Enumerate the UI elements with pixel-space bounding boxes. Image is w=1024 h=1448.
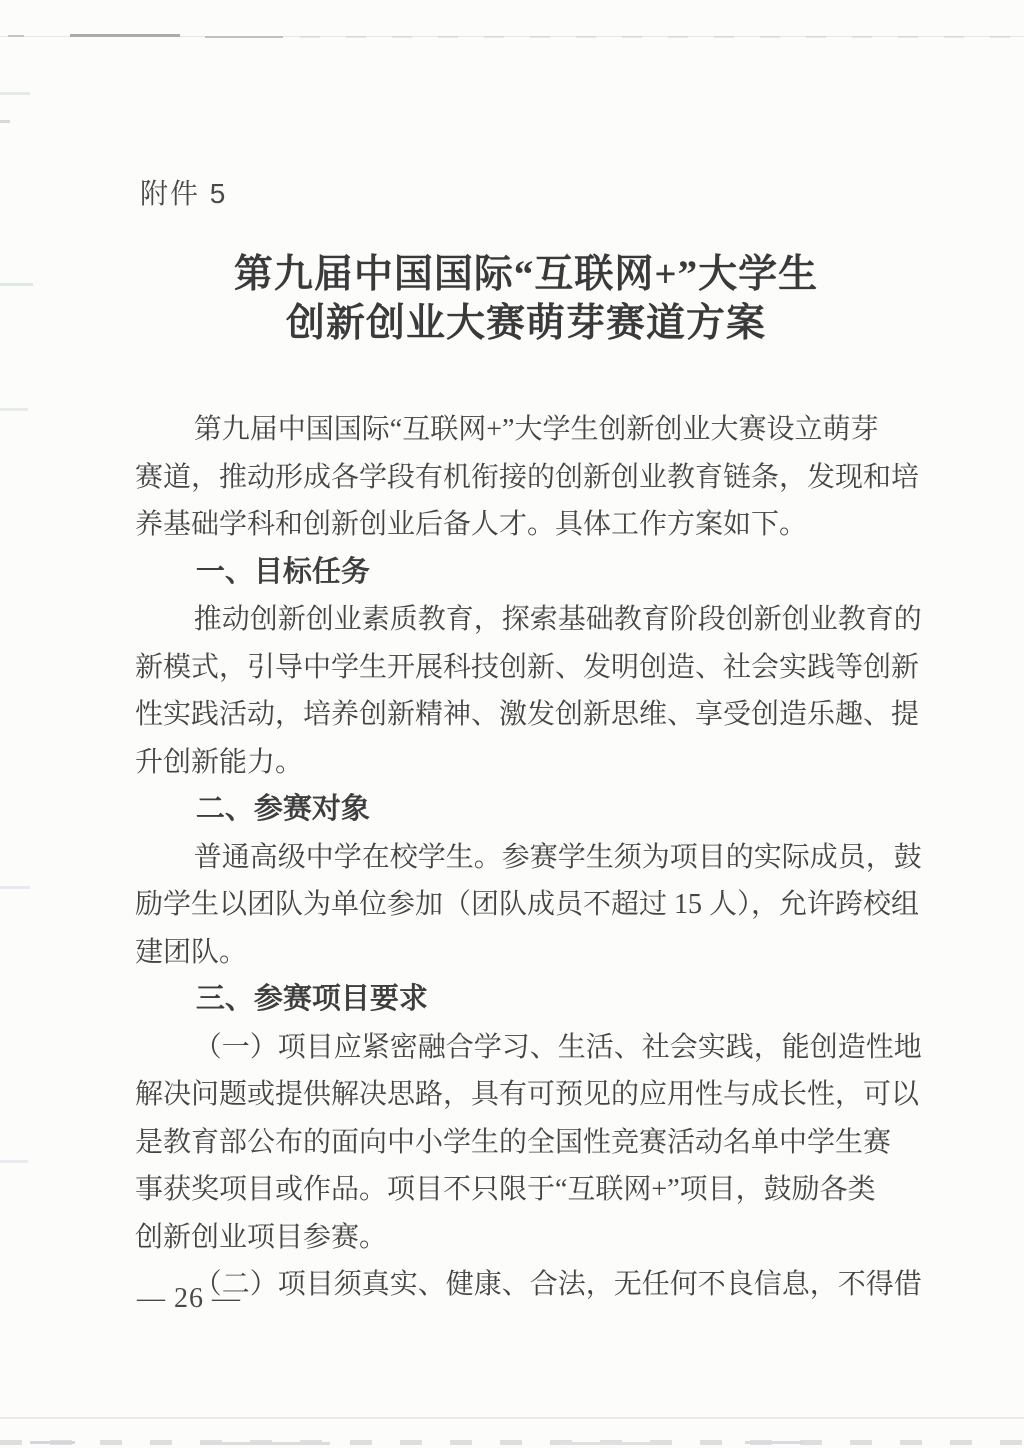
section-heading-1: 一、目标任务: [135, 549, 927, 597]
scan-artifact-left-tick: [0, 283, 33, 286]
body-line: 新模式，引导中学生开展科技创新、发明创造、社会实践等创新: [135, 644, 927, 692]
body-line: （一）项目应紧密融合学习、生活、社会实践，能创造性地: [135, 1024, 927, 1072]
attachment-label: 附件 5: [140, 172, 227, 212]
scanned-document-page: 附件 5 第九届中国国际“互联网+”大学生 创新创业大赛萌芽赛道方案 第九届中国…: [0, 0, 1024, 1448]
scan-artifact-top-dash: [205, 36, 283, 38]
body-line: 第九届中国国际“互联网+”大学生创新创业大赛设立萌芽: [135, 406, 927, 454]
document-body: 第九届中国国际“互联网+”大学生创新创业大赛设立萌芽 赛道，推动形成各学段有机衔…: [135, 406, 927, 1309]
body-line: 赛道，推动形成各学段有机衔接的创新创业教育链条，发现和培: [135, 454, 927, 502]
page-number: — 26 —: [137, 1283, 241, 1315]
scan-artifact-bottom-band: [0, 1440, 1024, 1445]
scan-artifact-left-tick: [0, 120, 10, 123]
document-title-line-1: 第九届中国国际“互联网+”大学生: [120, 250, 932, 299]
body-line: 解决问题或提供解决思路，具有可预见的应用性与成长性，可以: [135, 1071, 927, 1119]
section-heading-2: 二、参赛对象: [135, 786, 927, 834]
body-line: 性实践活动，培养创新精神、激发创新思维、享受创造乐趣、提: [135, 691, 927, 739]
body-line: 普通高级中学在校学生。参赛学生须为项目的实际成员，鼓: [135, 834, 927, 882]
body-line: 推动创新创业素质教育，探索基础教育阶段创新创业教育的: [135, 596, 927, 644]
body-line: 励学生以团队为单位参加（团队成员不超过 15 人），允许跨校组: [135, 881, 927, 929]
section-heading-3: 三、参赛项目要求: [135, 976, 927, 1024]
scan-artifact-top-dashes: [300, 36, 1024, 38]
body-line: 创新创业项目参赛。: [135, 1214, 927, 1262]
document-title-line-2: 创新创业大赛萌芽赛道方案: [120, 299, 932, 348]
scan-artifact-bottom-dash: [745, 1441, 805, 1444]
scan-artifact-left-tick: [0, 1160, 28, 1163]
scan-artifact-top-dash: [70, 34, 180, 37]
scan-artifact-top-line: [0, 36, 1024, 37]
body-line: （二）项目须真实、健康、合法，无任何不良信息，不得借: [135, 1261, 927, 1309]
scan-artifact-bottom-line: [0, 1417, 1024, 1419]
scan-artifact-bottom-dash: [560, 1442, 655, 1445]
scan-artifact-bottom-dash: [200, 1442, 330, 1445]
scan-artifact-bottom-dash: [30, 1441, 75, 1444]
body-line: 是教育部公布的面向中小学生的全国性竞赛活动名单中学生赛: [135, 1119, 927, 1167]
body-line: 升创新能力。: [135, 739, 927, 787]
body-line: 建团队。: [135, 929, 927, 977]
scan-artifact-left-tick: [0, 408, 28, 411]
scan-artifact-left-tick: [0, 886, 30, 889]
document-title: 第九届中国国际“互联网+”大学生 创新创业大赛萌芽赛道方案: [120, 250, 932, 348]
body-line: 养基础学科和创新创业后备人才。具体工作方案如下。: [135, 501, 927, 549]
body-line: 事获奖项目或作品。项目不只限于“互联网+”项目，鼓励各类: [135, 1166, 927, 1214]
scan-artifact-left-tick: [0, 92, 30, 95]
scan-artifact-top-dash: [8, 35, 24, 37]
